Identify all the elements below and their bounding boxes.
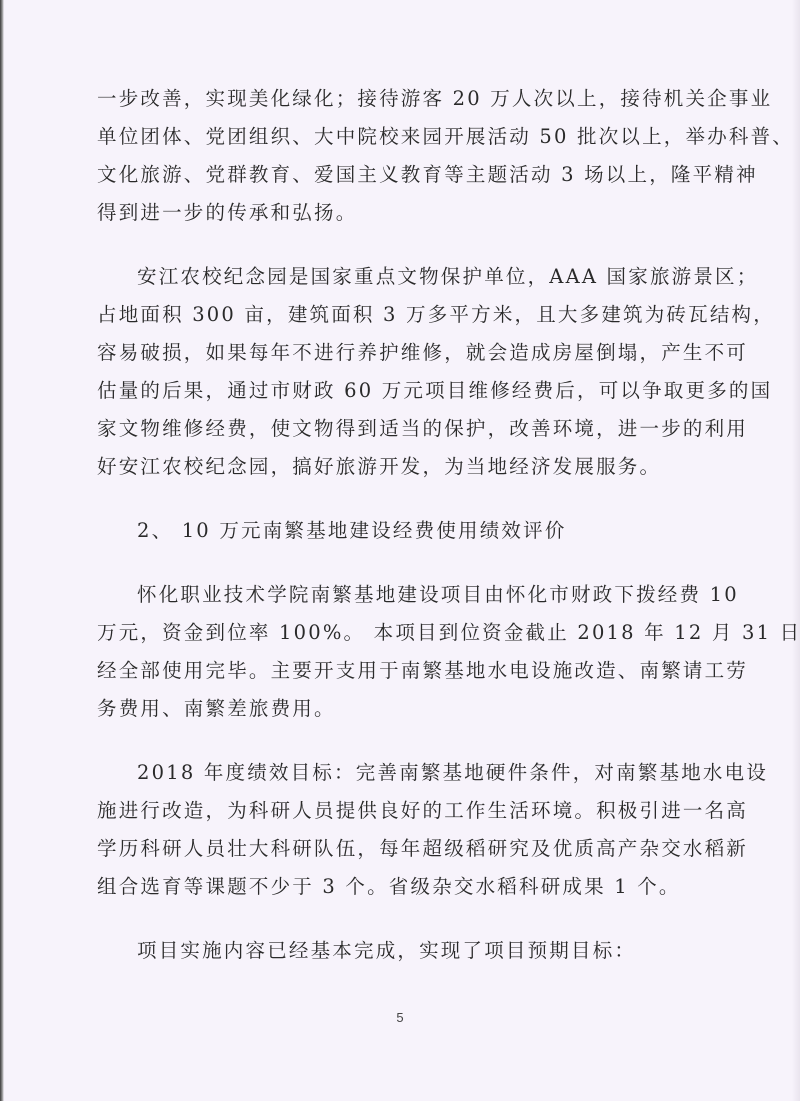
paragraph-project-completion: 项目实施内容已经基本完成，实现了项目预期目标： [97,932,707,970]
text-line: 施进行改造，为科研人员提供良好的工作生活环境。积极引进一名高 [97,792,707,830]
text-line: 得到进一步的传承和弘扬。 [97,194,707,232]
text-line: 怀化职业技术学院南繁基地建设项目由怀化市财政下拨经费 10 [97,576,707,614]
paragraph-gap [97,486,707,512]
text-line: 估量的后果，通过市财政 60 万元项目维修经费后，可以争取更多的国 [97,372,707,410]
paragraph-anjiang-memorial-park: 安江农校纪念园是国家重点文物保护单位，AAA 国家旅游景区； 占地面积 300 … [97,258,707,486]
paragraph-gap [97,232,707,258]
paragraph-gap [97,728,707,754]
text-line: 学历科研人员壮大科研队伍，每年超级稻研究及优质高产杂交水稻新 [97,830,707,868]
paragraph-2018-performance-goals: 2018 年度绩效目标：完善南繁基地硬件条件，对南繁基地水电设 施进行改造，为科… [97,754,707,906]
text-line: 万元，资金到位率 100%。 本项目到位资金截止 2018 年 12 月 31 … [97,614,707,652]
paragraph-nanfan-funding: 怀化职业技术学院南繁基地建设项目由怀化市财政下拨经费 10 万元，资金到位率 1… [97,576,707,728]
document-page: 一步改善，实现美化绿化；接待游客 20 万人次以上，接待机关企事业 单位团体、党… [97,80,707,970]
page-number: 5 [0,1010,800,1025]
text-line: 容易破损，如果每年不进行养护维修，就会造成房屋倒塌，产生不可 [97,334,707,372]
text-line: 文化旅游、党群教育、爱国主义教育等主题活动 3 场以上，隆平精神 [97,156,707,194]
text-line: 务费用、南繁差旅费用。 [97,690,707,728]
scan-right-edge [792,0,800,1101]
paragraph-gap [97,550,707,576]
text-line: 好安江农校纪念园，搞好旅游开发，为当地经济发展服务。 [97,448,707,486]
paragraph-gap [97,906,707,932]
section-heading: 2、 10 万元南繁基地建设经费使用绩效评价 [97,512,707,550]
text-line: 单位团体、党团组织、大中院校来园开展活动 50 批次以上，举办科普、 [97,118,707,156]
text-line: 安江农校纪念园是国家重点文物保护单位，AAA 国家旅游景区； [97,258,707,296]
text-line: 家文物维修经费，使文物得到适当的保护，改善环境，进一步的利用 [97,410,707,448]
paragraph-continued-goals: 一步改善，实现美化绿化；接待游客 20 万人次以上，接待机关企事业 单位团体、党… [97,80,707,232]
text-line: 组合选育等课题不少于 3 个。省级杂交水稻科研成果 1 个。 [97,868,707,906]
text-line: 经全部使用完毕。主要开支用于南繁基地水电设施改造、南繁请工劳 [97,652,707,690]
text-line: 占地面积 300 亩，建筑面积 3 万多平方米，且大多建筑为砖瓦结构， [97,296,707,334]
text-line: 项目实施内容已经基本完成，实现了项目预期目标： [97,932,707,970]
text-line: 一步改善，实现美化绿化；接待游客 20 万人次以上，接待机关企事业 [97,80,707,118]
text-line: 2018 年度绩效目标：完善南繁基地硬件条件，对南繁基地水电设 [97,754,707,792]
scan-left-edge [0,0,4,1101]
